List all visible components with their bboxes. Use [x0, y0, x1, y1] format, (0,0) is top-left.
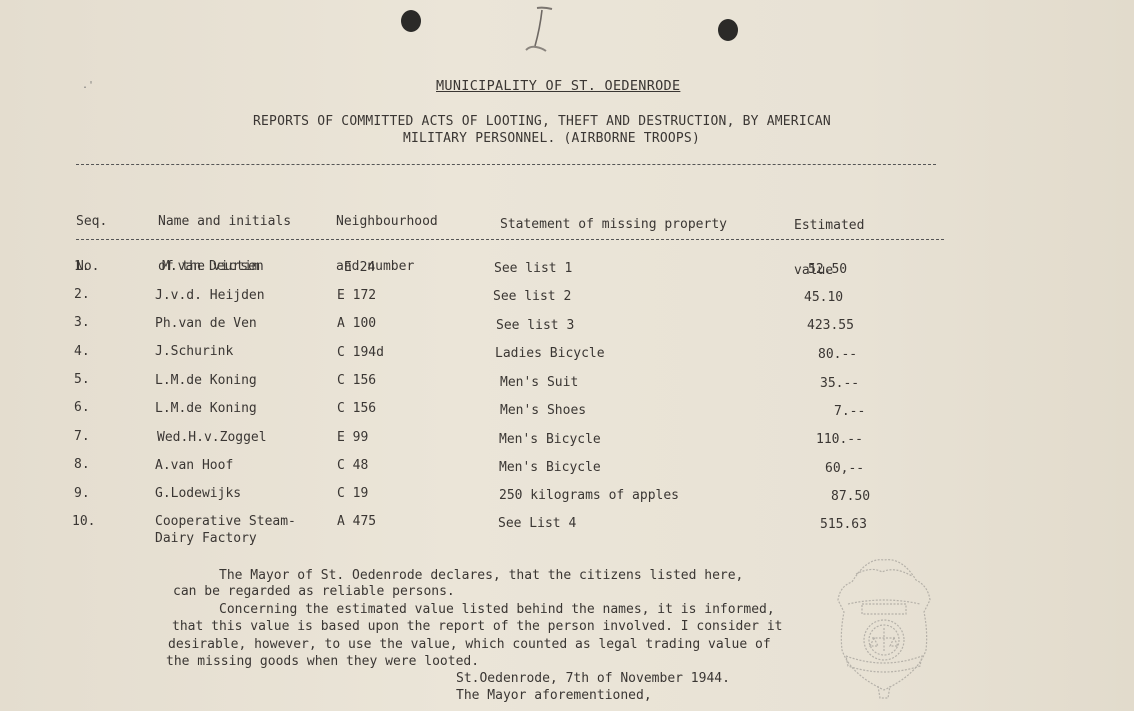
row-property: Men's Shoes — [500, 403, 586, 418]
row-value: 52.50 — [808, 262, 847, 277]
row-name: A.van Hoof — [155, 458, 233, 473]
place-and-date: St.Oedenrode, 7th of November 1944. — [456, 670, 730, 687]
row-name: Wed.H.v.Zoggel — [157, 430, 267, 445]
row-property: See list 3 — [496, 318, 574, 333]
row-value: 110.-- — [816, 432, 863, 447]
row-property: See list 1 — [494, 261, 572, 276]
row-value: 515.63 — [820, 517, 867, 532]
declaration-line: that this value is based upon the report… — [172, 618, 782, 635]
row-seq: 7. — [74, 429, 90, 444]
row-name: Ph.van de Ven — [155, 316, 257, 331]
row-property: Men's Bicycle — [499, 460, 601, 475]
row-value: 60,-- — [825, 461, 864, 476]
row-address: C 156 — [337, 373, 376, 388]
row-property: See list 2 — [493, 289, 571, 304]
row-seq: 9. — [74, 486, 90, 501]
punch-hole-left — [401, 10, 421, 32]
divider-top — [76, 164, 936, 165]
row-property: Ladies Bicycle — [495, 346, 605, 361]
row-seq: 4. — [74, 344, 90, 359]
row-seq: 10. — [72, 514, 95, 529]
row-address: A 475 — [337, 514, 376, 529]
declaration-line: desirable, however, to use the value, wh… — [168, 636, 771, 653]
row-address: E 99 — [337, 430, 368, 445]
document-subtitle-line1: REPORTS OF COMMITTED ACTS OF LOOTING, TH… — [253, 114, 831, 129]
stray-mark: .' — [82, 80, 94, 91]
row-address: A 100 — [337, 316, 376, 331]
row-value: 80.-- — [818, 347, 857, 362]
row-name: J.v.d. Heijden — [155, 288, 265, 303]
row-seq: 6. — [74, 400, 90, 415]
row-address: C 48 — [337, 458, 368, 473]
column-header-neighbourhood: Neighbourhood and number — [336, 184, 438, 304]
row-address: E 24 — [344, 260, 375, 275]
row-name: L.M.de Koning — [155, 401, 257, 416]
row-seq: 3. — [74, 315, 90, 330]
handwritten-page-mark — [524, 6, 554, 52]
row-name: Cooperative Steam- — [155, 514, 296, 529]
declaration-line: The Mayor of St. Oedenrode declares, tha… — [219, 567, 743, 584]
row-property: Men's Suit — [500, 375, 578, 390]
row-name-line2: Dairy Factory — [155, 531, 257, 546]
row-address: E 172 — [337, 288, 376, 303]
column-header-seq: Seq. No. — [76, 184, 107, 304]
row-property: 250 kilograms of apples — [499, 488, 679, 503]
row-property: See List 4 — [498, 516, 576, 531]
row-seq: 1. — [74, 259, 90, 274]
row-name: M.van Deursen — [162, 259, 264, 274]
column-header-name: Name and initials of the victim — [158, 184, 291, 304]
document-title: MUNICIPALITY OF ST. OEDENRODE — [436, 78, 680, 94]
municipal-seal-icon — [832, 552, 936, 702]
row-value: 423.55 — [807, 318, 854, 333]
row-name: G.Lodewijks — [155, 486, 241, 501]
row-address: C 194d — [337, 345, 384, 360]
declaration-line: Concerning the estimated value listed be… — [219, 601, 775, 618]
row-name: J.Schurink — [155, 344, 233, 359]
signoff: The Mayor aforementioned, — [456, 687, 652, 704]
row-name: L.M.de Koning — [155, 373, 257, 388]
row-address: C 19 — [337, 486, 368, 501]
row-value: 87.50 — [831, 489, 870, 504]
punch-hole-right — [718, 19, 738, 41]
declaration-line: the missing goods when they were looted. — [166, 653, 479, 670]
row-seq: 2. — [74, 287, 90, 302]
row-property: Men's Bicycle — [499, 432, 601, 447]
divider-header — [76, 239, 944, 240]
row-seq: 5. — [74, 372, 90, 387]
row-value: 35.-- — [820, 376, 859, 391]
row-address: C 156 — [337, 401, 376, 416]
row-seq: 8. — [74, 457, 90, 472]
row-value: 7.-- — [834, 404, 865, 419]
column-header-property: Statement of missing property — [500, 187, 727, 262]
document-subtitle-line2: MILITARY PERSONNEL. (AIRBORNE TROOPS) — [403, 131, 700, 146]
row-value: 45.10 — [804, 290, 843, 305]
declaration-line: can be regarded as reliable persons. — [173, 583, 455, 600]
